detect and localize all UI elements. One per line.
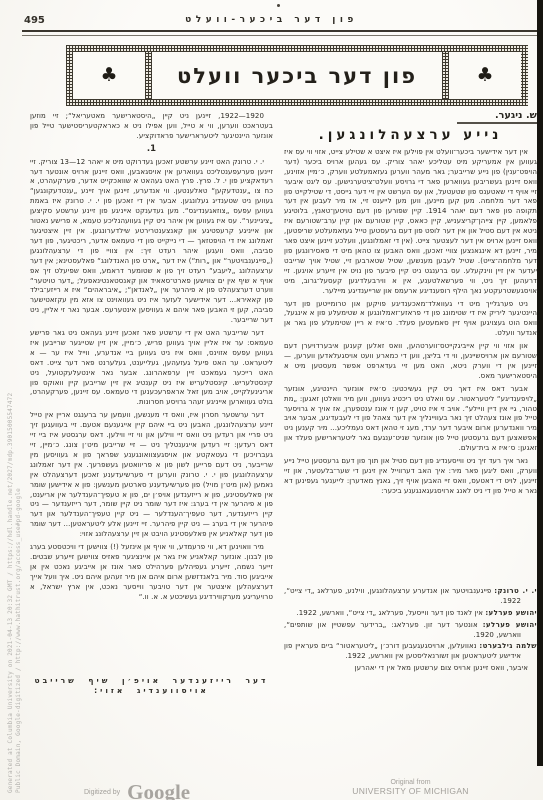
google-logo: Google — [127, 780, 190, 800]
paragraph: דער ערשטער חסרון איז, וואס די מענשען, וו… — [30, 411, 273, 540]
page-number: 495 — [24, 15, 45, 26]
original-from-block: Original from UNIVERSITY OF MICHIGAN — [338, 778, 483, 796]
paragraph: אין דער אידישער ביכער־וועלט אין פוילען א… — [284, 148, 537, 297]
bib-author: שלמה גילבערט: — [479, 642, 537, 650]
carry-over-line: איבער, וואס זיינען ארויס צום ערשטען מאל … — [284, 664, 537, 674]
box-divider — [442, 52, 449, 99]
bib-author: יהושע פערלע: — [485, 609, 537, 617]
section-box-title: פון דער ביכער וועלט — [177, 64, 417, 88]
column-left-body: 1920—1922, זיינען ניט קיין „היסטארישער מ… — [30, 112, 273, 672]
paragraph: אבער דאס איז דאך ניט קיין געשיכטע: ס׳איז… — [284, 385, 537, 454]
bibliography-list: י. י. טרונק: פייגענבויטער און אנדערע ערצ… — [284, 587, 537, 662]
watermark-line-public-domain: Public Domain, Google-digitized / http:/… — [15, 297, 23, 793]
club-ornament-icon: ♣ — [476, 66, 493, 85]
institution-label: UNIVERSITY OF MICHIGAN — [338, 787, 483, 796]
paragraph: און אזוי ווי קיין אייביגקייטס־ווערטהען, … — [284, 342, 537, 382]
bibliography-entry: יהושע פערלע: אין לאנד פון דער ווייסעל, פ… — [284, 609, 537, 619]
bib-details: פייגענבויטער און אנדערע ערצעהלונגען, ווי… — [284, 587, 521, 605]
box-divider — [145, 52, 152, 99]
section-number: 1. — [30, 145, 273, 155]
bib-details: אין לאנד פון דער ווייסעל, פערלאג „די ציי… — [296, 609, 483, 617]
emphasized-closing-line: דער רייזענדער אויפ׳ן שיף שרייבט אויסווענ… — [30, 676, 273, 696]
scanned-book-page: Generated at Columbia University on 2021… — [0, 0, 543, 800]
scan-gutter-shadow — [537, 0, 543, 766]
bibliography-entry: יהושע פערלע: אונטער דער זון. פערלאג: „בר… — [284, 621, 537, 641]
bib-author: י. י. טרונק: — [494, 587, 537, 595]
paragraph: נאר איך רעד זיך ניט ווייסענדיג פון דעם ס… — [284, 457, 537, 497]
bib-author: יהושע פערלע: — [483, 621, 537, 629]
club-ornament-icon: ♣ — [100, 66, 117, 85]
bibliography-entry: שלמה גילבערט: נאוועלען, ארויסגעגעבען דור… — [284, 642, 537, 662]
digitized-by-label: Digitized by — [84, 789, 120, 796]
digitized-by-block: Digitized by Google — [84, 780, 190, 800]
column-right: ש. ניגער. נייע ערצעהלונגען. אין דער אידי… — [284, 110, 537, 710]
paragraph: י. י. טרונק האט זיינע ערשטע זאכען געדרוק… — [30, 158, 273, 326]
signature-rule — [457, 122, 537, 124]
paragraph: דער שרייבער האט אין די ערשטע פאר זאכען ז… — [30, 329, 273, 408]
title-cell: פון דער ביכער וועלט — [152, 52, 442, 99]
printers-mark-dot — [277, 4, 280, 7]
watermark-line-generated: Generated at Columbia University on 2021… — [7, 297, 15, 793]
ornament-cell-left: ♣ — [73, 52, 145, 99]
hathitrust-watermark: Generated at Columbia University on 2021… — [7, 297, 22, 793]
column-left: 1920—1922, זיינען ניט קיין „היסטארישער מ… — [30, 112, 273, 708]
header-double-rule — [22, 30, 538, 36]
bibliography-entry: י. י. טרונק: פייגענבויטער און אנדערע ערצ… — [284, 587, 537, 607]
title-box-inner: ♣ פון דער ביכער וועלט ♣ — [73, 52, 521, 99]
paragraph-quote: מיר וואוינען דא, ווי פרעמדע, ווי אויף אן… — [30, 543, 273, 602]
author-signature: ש. ניגער. — [284, 110, 537, 121]
paragraph: ניט פערגלייך מיט די געוואלד־מאכענדיגע פו… — [284, 300, 537, 340]
column-right-body: אין דער אידישער ביכער־וועלט אין פוילען א… — [284, 148, 537, 584]
title-ornament-box: ♣ פון דער ביכער וועלט ♣ — [66, 45, 528, 106]
paragraph: 1920—1922, זיינען ניט קיין „היסטארישער מ… — [30, 112, 273, 142]
article-headline: נייע ערצעהלונגען. — [284, 131, 537, 141]
ornament-cell-right: ♣ — [449, 52, 521, 99]
running-header: פון דער ביכער-וועלט — [185, 15, 358, 25]
